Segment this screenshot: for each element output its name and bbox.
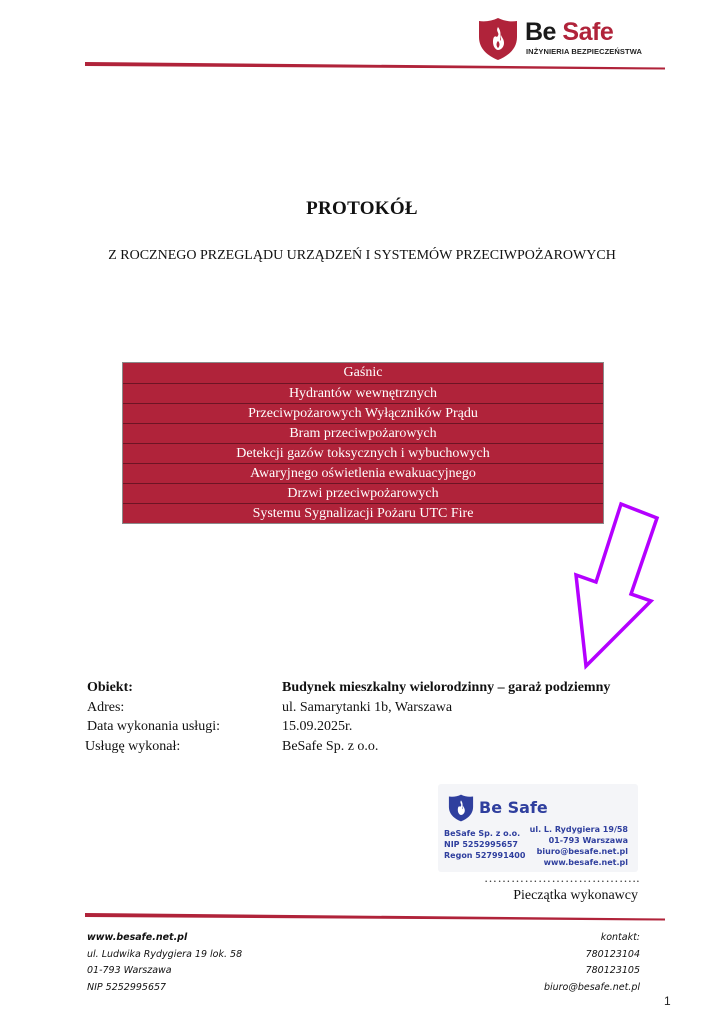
- flame-shield-icon: [478, 17, 518, 61]
- footer-address1: ul. Ludwika Rydygiera 19 lok. 58: [87, 947, 242, 964]
- address-label: Adres:: [87, 698, 124, 718]
- signature-line: ……………………………..: [455, 870, 640, 886]
- logo-brand: Be Safe: [525, 19, 613, 45]
- address-row: Adres: ul. Samarytanki 1b, Warszawa: [87, 698, 647, 718]
- table-row: Systemu Sygnalizacji Pożaru UTC Fire: [123, 503, 603, 523]
- stamp-address-details: ul. L. Rydygiera 19/58 01-793 Warszawa b…: [530, 824, 628, 868]
- arrow-down-left-icon: [560, 495, 670, 680]
- stamp-label: Pieczątka wykonawcy: [440, 888, 638, 904]
- company-logo: Be Safe INŻYNIERIA BEZPIECZEŃSTWA: [478, 15, 638, 61]
- performer-value: BeSafe Sp. z o.o.: [282, 737, 378, 757]
- document-subtitle: Z ROCZNEGO PRZEGLĄDU URZĄDZEŃ I SYSTEMÓW…: [0, 248, 724, 264]
- footer-phone1: 780123104: [544, 947, 640, 964]
- performer-label: Usługę wykonał:: [85, 737, 180, 757]
- object-info: Obiekt: Budynek mieszkalny wielorodzinny…: [87, 678, 647, 756]
- date-value: 15.09.2025r.: [282, 717, 352, 737]
- header-divider: [85, 60, 665, 72]
- footer-address2: 01-793 Warszawa: [87, 963, 242, 980]
- footer-contact-info: kontakt: 780123104 780123105 biuro@besaf…: [544, 930, 640, 996]
- table-row: Gaśnic: [123, 363, 603, 383]
- company-stamp: Be Safe BeSafe Sp. z o.o. NIP 5252995657…: [438, 784, 638, 872]
- object-value: Budynek mieszkalny wielorodzinny – garaż…: [282, 678, 610, 698]
- table-row: Detekcji gazów toksycznych i wybuchowych: [123, 443, 603, 463]
- footer-divider: [85, 911, 665, 923]
- table-row: Hydrantów wewnętrznych: [123, 383, 603, 403]
- object-row: Obiekt: Budynek mieszkalny wielorodzinny…: [87, 678, 647, 698]
- footer-nip: NIP 5252995657: [87, 980, 242, 997]
- performer-row: Usługę wykonał: BeSafe Sp. z o.o.: [87, 737, 647, 757]
- table-row: Awaryjnego oświetlenia ewakuacyjnego: [123, 463, 603, 483]
- address-value: ul. Samarytanki 1b, Warszawa: [282, 698, 452, 718]
- stamp-brand: Be Safe: [479, 798, 548, 817]
- table-row: Przeciwpożarowych Wyłączników Prądu: [123, 403, 603, 423]
- flame-shield-icon: [448, 794, 474, 822]
- stamp-company-details: BeSafe Sp. z o.o. NIP 5252995657 Regon 5…: [444, 828, 525, 861]
- date-label: Data wykonania usługi:: [87, 717, 220, 737]
- footer-company-info: www.besafe.net.pl ul. Ludwika Rydygiera …: [87, 930, 242, 996]
- devices-table: Gaśnic Hydrantów wewnętrznych Przeciwpoż…: [122, 362, 604, 524]
- document-title: PROTOKÓŁ: [0, 198, 724, 220]
- date-row: Data wykonania usługi: 15.09.2025r.: [87, 717, 647, 737]
- object-label: Obiekt:: [87, 678, 133, 698]
- logo-tagline: INŻYNIERIA BEZPIECZEŃSTWA: [526, 47, 642, 56]
- footer-contact-label: kontakt:: [544, 930, 640, 947]
- table-row: Drzwi przeciwpożarowych: [123, 483, 603, 503]
- page-number: 1: [664, 994, 671, 1008]
- footer-website-link[interactable]: www.besafe.net.pl: [87, 930, 242, 947]
- footer-email-link[interactable]: biuro@besafe.net.pl: [544, 980, 640, 997]
- footer-phone2: 780123105: [544, 963, 640, 980]
- table-row: Bram przeciwpożarowych: [123, 423, 603, 443]
